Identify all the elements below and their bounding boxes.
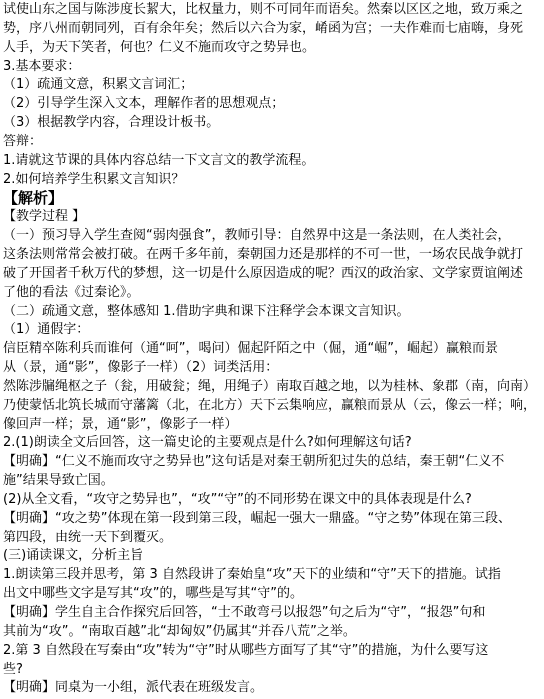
text-line: 【明确】同桌为一小组，派代表在班级发言。 bbox=[3, 679, 542, 698]
text-line: 第四段，由统一天下到覆灭。 bbox=[3, 529, 542, 548]
text-line: （2）引导学生深入文本，理解作者的思想观点； bbox=[3, 95, 542, 114]
text-line: 试使山东之国与陈涉度长絜大，比权量力，则不可同年而语矣。然秦以区区之地，致万乘之 bbox=[3, 1, 542, 20]
section-heading-line: 【解析】 bbox=[3, 189, 542, 208]
text-line: 1.朗读第三段并思考，第 3 自然段讲了秦始皇“攻”天下的业绩和“守”天下的措施… bbox=[3, 566, 542, 585]
text-line: 乃使蒙恬北筑长城而守藩篱（北，在北方）天下云集响应，赢粮而景从（云，像云一样；响… bbox=[3, 397, 542, 416]
text-line: 【明确】学生自主合作探究后回答，“士不敢弯弓以报怨”句之后为“守”，“报怨”句和 bbox=[3, 604, 542, 623]
text-line: （一）预习导入学生查阅“弱肉强食”，教师引导：自然界中这是一条法则，在人类社会， bbox=[3, 227, 542, 246]
text-line: 2.第 3 自然段在写秦由“攻”转为“守”时从哪些方面写了其“守”的措施，为什么… bbox=[3, 642, 542, 661]
text-line: （3）根据教学内容，合理设计板书。 bbox=[3, 114, 542, 133]
text-line: 了他的看法《过秦论》。 bbox=[3, 284, 542, 303]
text-line: 答辩： bbox=[3, 133, 542, 152]
text-line: 出文中哪些文字是写其“攻”的，哪些是写其“守”的。 bbox=[3, 585, 542, 604]
text-line: 从（景，通“影”，像影子一样）（2）词类活用： bbox=[3, 359, 542, 378]
text-line: 1.请就这节课的具体内容总结一下文言文的教学流程。 bbox=[3, 152, 542, 171]
text-line: (三)诵读课文，分析主旨 bbox=[3, 547, 542, 566]
text-line: （1）疏通文意，积累文言词汇； bbox=[3, 76, 542, 95]
text-line: 破了开国者千秋万代的梦想，这一切是什么原因造成的呢？西汉的政治家、文学家贾谊阐述 bbox=[3, 265, 542, 284]
text-line: 人手，为天下笑者，何也？仁义不施而攻守之势异也。 bbox=[3, 39, 542, 58]
text-line: 【教学过程 】 bbox=[3, 208, 542, 227]
text-line: 些? bbox=[3, 661, 542, 680]
text-line: 信臣精卒陈利兵而谁何（通“呵”，喝问）倔起阡陌之中（倔，通“崛”，崛起）赢粮而景 bbox=[3, 340, 542, 359]
text-line: 像回声一样；景，通“影”，像影子一样） bbox=[3, 416, 542, 435]
text-line: 施”结果导致亡国。 bbox=[3, 472, 542, 491]
text-line: 2.(1)朗读全文后回答，这一篇史论的主要观点是什么?如何理解这句话? bbox=[3, 434, 542, 453]
text-line: 然陈涉牖绳枢之子（瓮，用破瓮；绳，用绳子）南取百越之地，以为桂林、象郡（南，向南… bbox=[3, 378, 542, 397]
text-line: 【明确】“仁义不施而攻守之势异也”这句话是对秦王朝所犯过失的总结，秦王朝“仁义不 bbox=[3, 453, 542, 472]
text-line: （1）通假字： bbox=[3, 321, 542, 340]
text-line: （二）疏通文意，整体感知 1.借助字典和课下注释学会本课文言知识。 bbox=[3, 303, 542, 322]
text-line: 【明确】“攻之势”体现在第一段到第三段，崛起一强大一鼎盛。“守之势”体现在第三段… bbox=[3, 510, 542, 529]
text-line: 这条法则常常会被打破。在两千多年前，秦朝国力还是那样的不可一世，一场农民战争就打 bbox=[3, 246, 542, 265]
document-body: 试使山东之国与陈涉度长絜大，比权量力，则不可同年而语矣。然秦以区区之地，致万乘之… bbox=[0, 0, 544, 699]
text-line: 其前为“攻”。“南取百越”北“却匈奴”仍属其“并吞八荒”之举。 bbox=[3, 623, 542, 642]
text-line: 势，序八州而朝同列，百有余年矣；然后以六合为家，崤函为宫；一夫作难而七庙嗨，身死 bbox=[3, 20, 542, 39]
text-line: 2.如何培养学生积累文言知识？ bbox=[3, 171, 542, 190]
text-line: 3.基本要求： bbox=[3, 58, 542, 77]
text-line: (2)从全文看，“攻守之势异也”，“攻”“守”的不同形势在课文中的具体表现是什么… bbox=[3, 491, 542, 510]
